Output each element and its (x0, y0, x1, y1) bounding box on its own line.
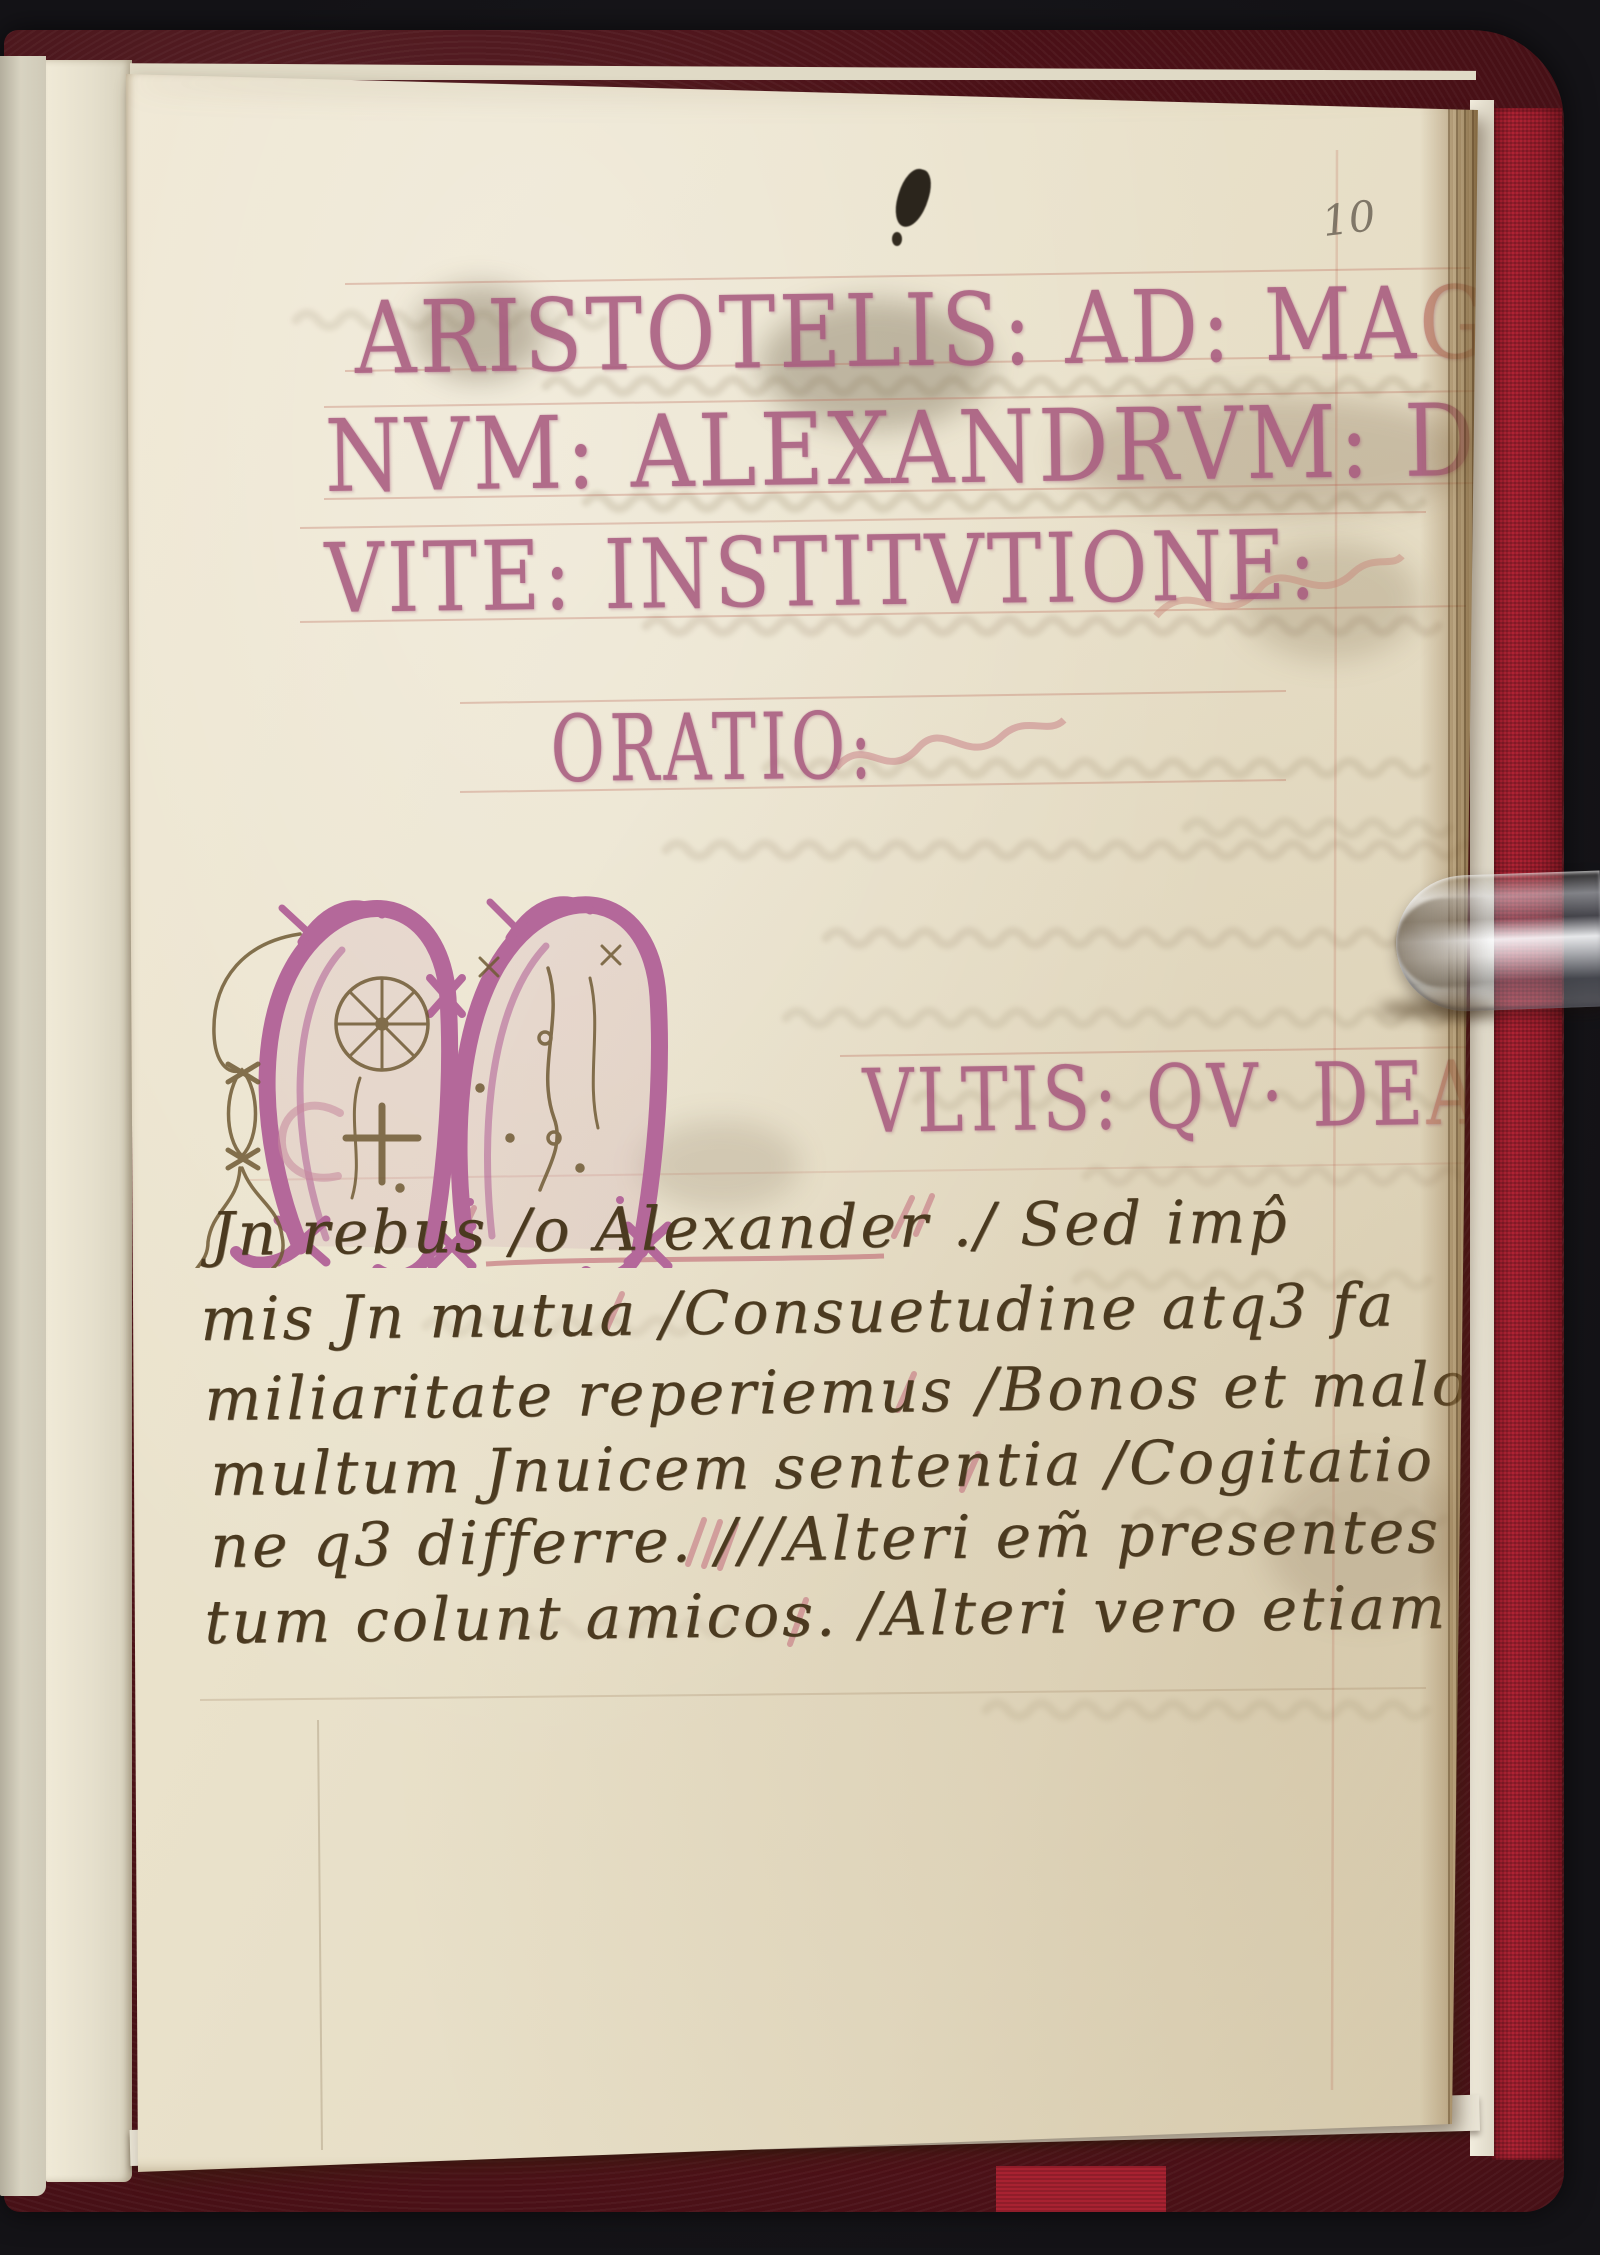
book-cover-cloth-bottom (996, 2166, 1166, 2212)
page-holder-clip (1394, 870, 1600, 1013)
clip-shadow (1378, 1000, 1498, 1018)
page-vignette (126, 68, 1478, 2174)
book-cover-cloth-right (1490, 108, 1562, 2160)
photograph-stage: ARISTOTELIS: AD: MAG NVM: ALEXANDRVM: DE… (0, 0, 1600, 2255)
page-stack-edge-outer (0, 56, 46, 2196)
page-stack-edge-inner (46, 60, 132, 2182)
manuscript-page: ARISTOTELIS: AD: MAG NVM: ALEXANDRVM: DE… (126, 68, 1478, 2174)
clip-tip (1394, 896, 1492, 989)
